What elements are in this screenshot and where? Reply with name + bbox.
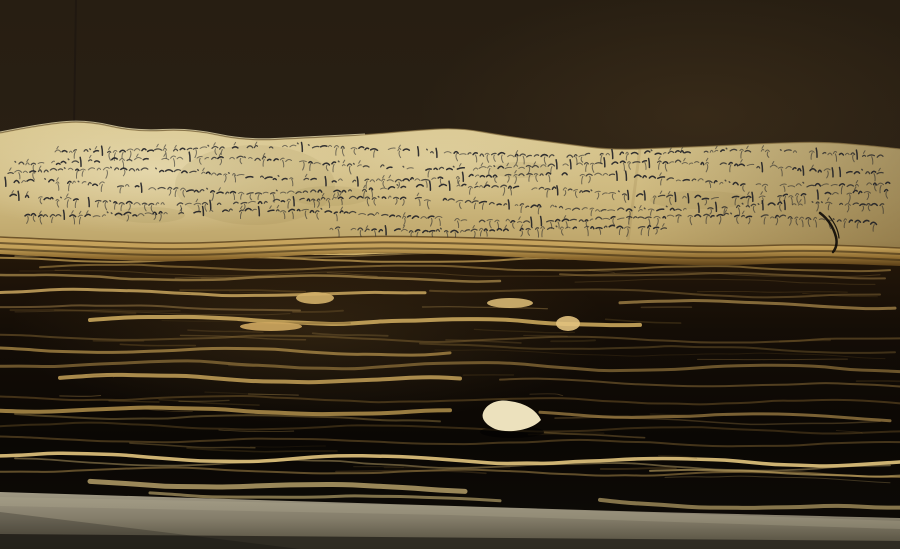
manuscript-photo-canvas [0,0,900,549]
page-edge-line [551,340,595,341]
page-edge-line [229,365,260,366]
manuscript-photograph [0,0,900,549]
manuscript-page-stack [0,235,900,518]
bright-page-ledge [240,322,302,331]
page-edge-line [601,468,676,469]
paper-smudge [490,162,550,178]
paper-smudge [115,207,185,223]
bright-page-ledge [296,292,334,304]
page-edge-line [697,359,847,360]
bright-page-ledge [556,316,580,331]
bright-page-ledge [487,298,533,308]
page-edge-line [384,467,509,468]
stack-sheen [10,235,610,425]
